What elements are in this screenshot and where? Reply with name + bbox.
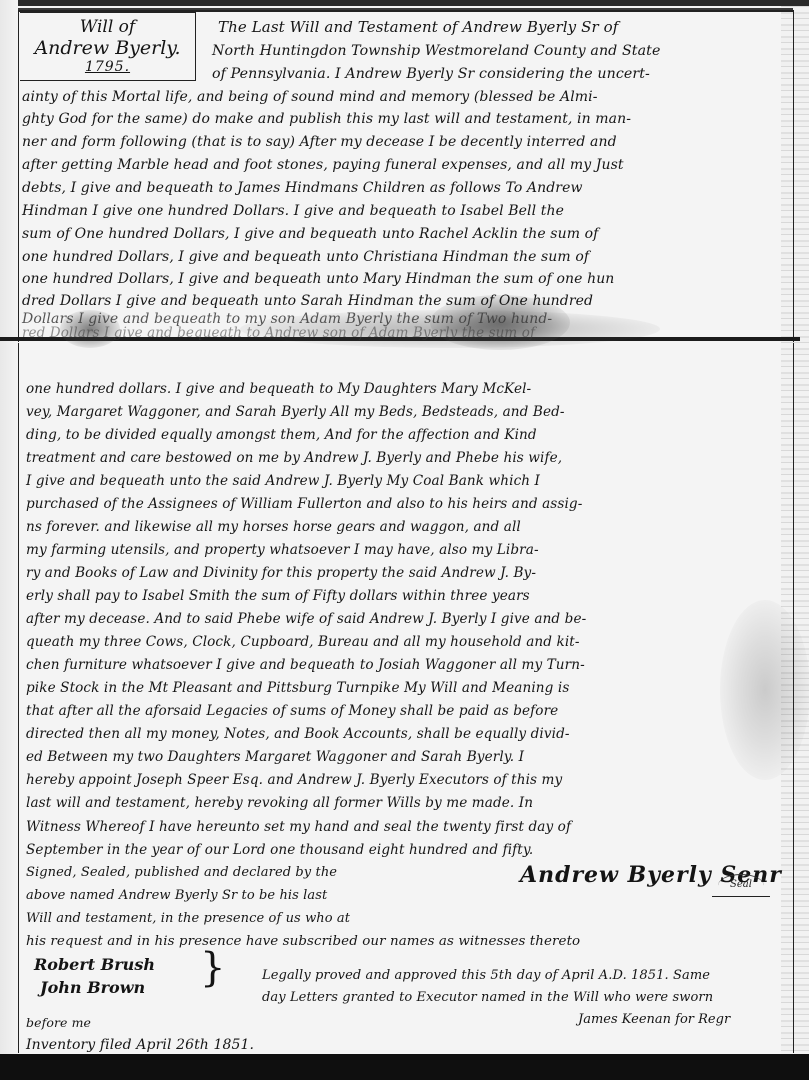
will-text-line: The Last Will and Testament of Andrew By… bbox=[218, 16, 618, 38]
witness-brace: } bbox=[200, 948, 225, 988]
will-text-line: debts, I give and bequeath to James Hind… bbox=[22, 177, 583, 199]
will-text-line: North Huntingdon Township Westmoreland C… bbox=[212, 40, 660, 62]
will-text-line: after my decease. And to said Phebe wife… bbox=[26, 608, 586, 630]
will-text-line: queath my three Cows, Clock, Cupboard, B… bbox=[26, 631, 580, 653]
will-text-line: ghty God for the same) do make and publi… bbox=[22, 108, 631, 130]
will-text-line: that after all the aforsaid Legacies of … bbox=[26, 700, 558, 722]
scan-bottom-edge bbox=[0, 1054, 809, 1080]
will-text-line-damaged: red Dollars I give and bequeath to Andre… bbox=[22, 322, 535, 344]
witness-signature: John Brown bbox=[40, 978, 145, 997]
will-text-line: my farming utensils, and property whatso… bbox=[26, 539, 539, 561]
witness-signature: Robert Brush bbox=[34, 955, 155, 974]
will-text-line: ner and form following (that is to say) … bbox=[22, 131, 617, 153]
will-text-line: hereby appoint Joseph Speer Esq. and And… bbox=[26, 769, 562, 791]
register-signature: James Keenan for Regr bbox=[578, 1012, 730, 1027]
probate-line: day Letters granted to Executor named in… bbox=[262, 987, 713, 1009]
attestation-line: Signed, Sealed, published and declared b… bbox=[26, 862, 337, 884]
will-text-line: Witness Whereof I have hereunto set my h… bbox=[26, 816, 571, 838]
will-text-line: ainty of this Mortal life, and being of … bbox=[22, 86, 598, 108]
attestation-line: above named Andrew Byerly Sr to be his l… bbox=[26, 885, 327, 907]
will-text-line: Hindman I give one hundred Dollars. I gi… bbox=[22, 200, 564, 222]
scan-left-margin bbox=[0, 0, 18, 1080]
will-text-line: directed then all my money, Notes, and B… bbox=[26, 723, 570, 745]
will-text-line: vey, Margaret Waggoner, and Sarah Byerly… bbox=[26, 401, 565, 423]
ink-smudge bbox=[720, 600, 809, 780]
will-text-line: one hundred dollars. I give and bequeath… bbox=[26, 378, 531, 400]
will-text-line: last will and testament, hereby revoking… bbox=[26, 792, 533, 814]
will-text-line: one hundred Dollars, I give and bequeath… bbox=[22, 268, 614, 290]
will-text-line: purchased of the Assignees of William Fu… bbox=[26, 493, 582, 515]
scanned-will-page: Will of Andrew Byerly. 1795. The Last Wi… bbox=[0, 0, 809, 1080]
will-text-line: ns forever. and likewise all my horses h… bbox=[26, 516, 521, 538]
will-text-line: of Pennsylvania. I Andrew Byerly Sr cons… bbox=[212, 63, 650, 85]
will-text-line: I give and bequeath unto the said Andrew… bbox=[26, 470, 540, 492]
will-text-line: ding, to be divided equally amongst them… bbox=[26, 424, 537, 446]
inventory-filed-note: Inventory filed April 26th 1851. bbox=[26, 1034, 254, 1056]
attestation-line: Will and testament, in the presence of u… bbox=[26, 908, 350, 930]
will-text-line: after getting Marble head and foot stone… bbox=[22, 154, 624, 176]
will-text-line: erly shall pay to Isabel Smith the sum o… bbox=[26, 585, 530, 607]
will-text-line: ed Between my two Daughters Margaret Wag… bbox=[26, 746, 524, 768]
title-will-of: Will of bbox=[20, 17, 195, 37]
will-text-line: ry and Books of Law and Divinity for thi… bbox=[26, 562, 536, 584]
title-testator-name: Andrew Byerly. bbox=[20, 37, 195, 59]
will-text-line: sum of One hundred Dollars, I give and b… bbox=[22, 223, 598, 245]
will-text-line: pike Stock in the Mt Pleasant and Pittsb… bbox=[26, 677, 569, 699]
attestation-line: his request and in his presence have sub… bbox=[26, 931, 580, 953]
will-text-line: September in the year of our Lord one th… bbox=[26, 839, 533, 861]
will-title-box: Will of Andrew Byerly. 1795. bbox=[20, 12, 196, 81]
will-text-line: one hundred Dollars, I give and bequeath… bbox=[22, 246, 589, 268]
probate-line: Legally proved and approved this 5th day… bbox=[262, 965, 710, 987]
before-me-text: before me bbox=[26, 1012, 91, 1034]
scan-top-edge bbox=[18, 0, 809, 6]
will-text-line: treatment and care bestowed on me by And… bbox=[26, 447, 562, 469]
seal-mark: Seal bbox=[712, 868, 770, 897]
will-text-line: chen furniture whatsoever I give and beq… bbox=[26, 654, 585, 676]
title-year: 1795. bbox=[20, 59, 195, 75]
